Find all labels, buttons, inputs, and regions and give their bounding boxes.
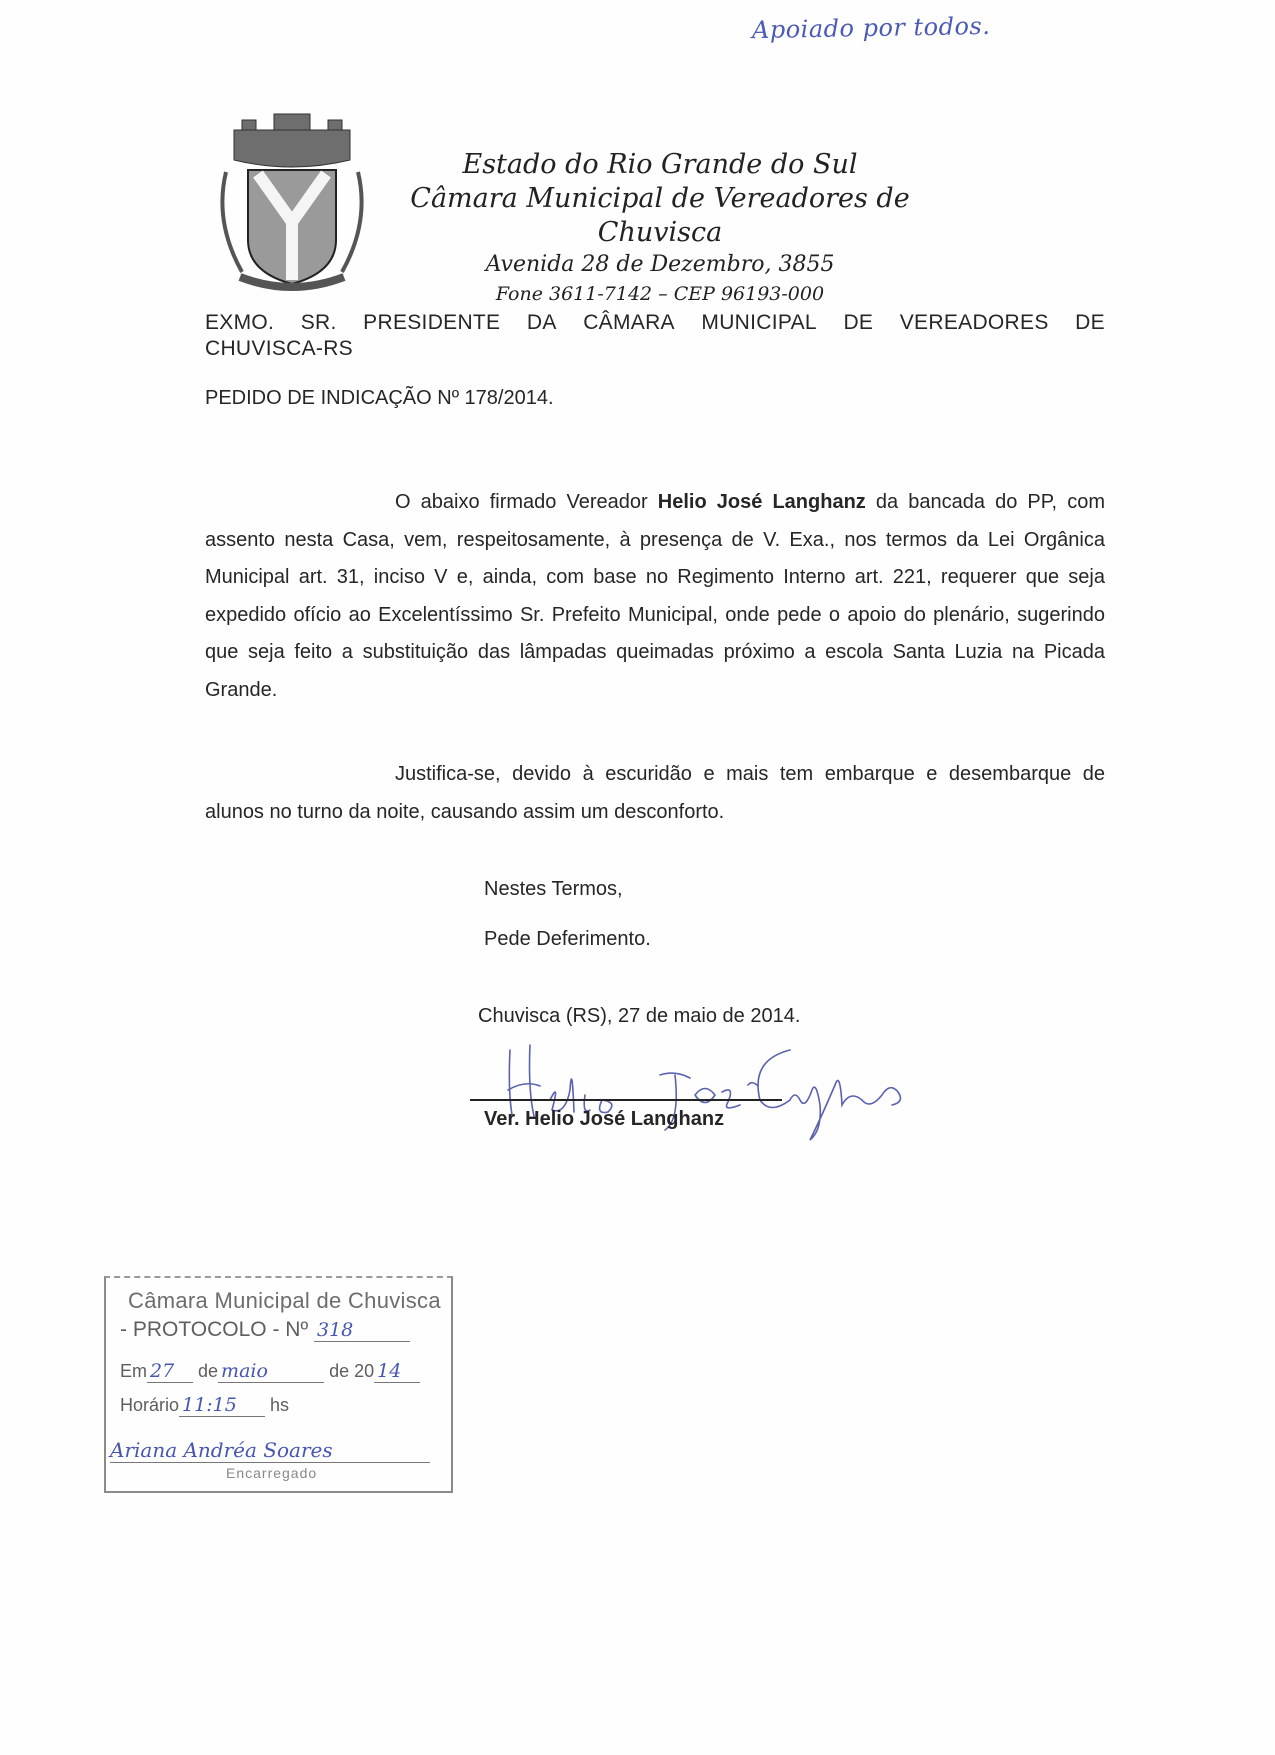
stamp-year: 14 bbox=[374, 1360, 420, 1383]
signatory-name: Ver. Helio José Langhanz bbox=[484, 1108, 724, 1131]
stamp-day: 27 bbox=[147, 1360, 193, 1383]
clerk-signature: Ariana Andréa Soares bbox=[110, 1438, 430, 1463]
request-number: PEDIDO DE INDICAÇÃO Nº 178/2014. bbox=[205, 387, 554, 410]
addressee: EXMO. SR. PRESIDENTE DA CÂMARA MUNICIPAL… bbox=[205, 310, 1105, 362]
stamp-month: maio bbox=[218, 1360, 324, 1383]
addressee-word: VEREADORES bbox=[900, 310, 1049, 336]
letterhead-chamber: Câmara Municipal de Vereadores de Chuvis… bbox=[380, 182, 940, 250]
year-prefix: de 20 bbox=[329, 1361, 374, 1381]
addressee-line-1: EXMO. SR. PRESIDENTE DA CÂMARA MUNICIPAL… bbox=[205, 310, 1105, 336]
handwritten-annotation: Apoiado por todos. bbox=[752, 12, 991, 44]
addressee-line-2: CHUVISCA-RS bbox=[205, 336, 1105, 362]
stamp-date-row: Em27 demaio de 2014 bbox=[120, 1360, 420, 1383]
paragraph-text: da bancada do PP, com assento nesta Casa… bbox=[205, 491, 1105, 701]
paragraph-text: Justifica-se, devido à escuridão e mais … bbox=[205, 763, 1105, 823]
protocol-number: 318 bbox=[314, 1319, 410, 1342]
date-prefix: Em bbox=[120, 1361, 147, 1381]
stamp-title: Câmara Municipal de Chuvisca bbox=[128, 1288, 441, 1314]
coat-of-arms-icon bbox=[212, 112, 372, 297]
stamp-time: 11:15 bbox=[179, 1394, 265, 1417]
paragraph-justification: Justifica-se, devido à escuridão e mais … bbox=[205, 756, 1105, 831]
protocol-label: - PROTOCOLO - Nº bbox=[120, 1318, 308, 1341]
letterhead-address: Avenida 28 de Dezembro, 3855 bbox=[380, 250, 940, 280]
paragraph-request: O abaixo firmado Vereador Helio José Lan… bbox=[205, 484, 1105, 709]
councilor-name: Helio José Langhanz bbox=[658, 491, 866, 513]
month-prefix: de bbox=[198, 1361, 218, 1381]
addressee-word: DA bbox=[527, 310, 557, 336]
time-label: Horário bbox=[120, 1395, 179, 1415]
addressee-word: EXMO. bbox=[205, 310, 274, 336]
letterhead-phone: Fone 3611-7142 – CEP 96193-000 bbox=[380, 280, 940, 308]
addressee-word: CÂMARA bbox=[583, 310, 675, 336]
time-suffix: hs bbox=[270, 1395, 289, 1415]
addressee-word: MUNICIPAL bbox=[701, 310, 817, 336]
closing-request: Pede Deferimento. bbox=[484, 928, 651, 951]
addressee-word: SR. bbox=[301, 310, 337, 336]
addressee-word: PRESIDENTE bbox=[363, 310, 500, 336]
clerk-label: Encarregado bbox=[226, 1465, 317, 1481]
protocol-stamp: Câmara Municipal de Chuvisca - PROTOCOLO… bbox=[104, 1276, 453, 1493]
stamp-protocol-row: - PROTOCOLO - Nº 318 bbox=[120, 1318, 410, 1342]
letterhead-state: Estado do Rio Grande do Sul bbox=[380, 148, 940, 182]
document-page: Apoiado por todos. Estado do Rio Grande … bbox=[0, 0, 1275, 1755]
addressee-word: DE bbox=[1075, 310, 1105, 336]
addressee-word: DE bbox=[843, 310, 873, 336]
stamp-time-row: Horário11:15 hs bbox=[120, 1394, 289, 1417]
paragraph-text: O abaixo firmado Vereador bbox=[395, 491, 658, 513]
closing-terms: Nestes Termos, bbox=[484, 878, 623, 901]
signature-line bbox=[470, 1099, 782, 1101]
letterhead: Estado do Rio Grande do Sul Câmara Munic… bbox=[380, 148, 940, 308]
